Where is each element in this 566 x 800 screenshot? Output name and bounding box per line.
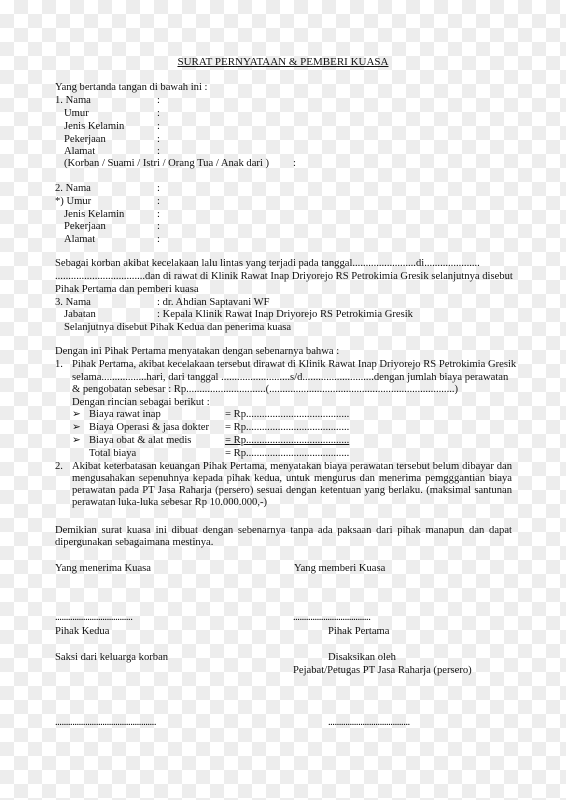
field-colon: : <box>157 196 160 208</box>
details-intro: Dengan rincian sebagai berikut : <box>72 397 210 409</box>
closing-paragraph: Demikian surat kuasa ini dibuat dengan s… <box>55 525 512 549</box>
arrow-bullet-icon: ➢ <box>72 409 81 421</box>
field-label: 3. Nama <box>55 297 91 309</box>
field-colon: : <box>157 95 160 107</box>
cost-label: Biaya rawat inap <box>89 409 161 421</box>
victim-line-1: Sebagai korban akibat kecelakaan lalu li… <box>55 258 480 270</box>
field-colon: : <box>293 158 296 170</box>
cost-label: Biaya Operasi & jasa dokter <box>89 422 209 434</box>
field-colon: : <box>157 183 160 195</box>
field-colon: : <box>157 209 160 221</box>
field-colon: : <box>157 134 160 146</box>
field-label: Alamat <box>64 146 95 158</box>
signature-line-left: .................................... <box>55 612 132 624</box>
cost-value: = Rp....................................… <box>225 409 349 421</box>
point-number: 2. <box>55 461 63 473</box>
second-party-name: Pihak Kedua <box>55 626 109 638</box>
total-value: = Rp....................................… <box>225 448 349 460</box>
field-label: Jabatan <box>64 309 96 321</box>
victim-line-3: Pihak Pertama dan pemberi kuasa <box>55 284 199 296</box>
grantor-heading: Yang memberi Kuasa <box>294 563 385 575</box>
field-label: Pekerjaan <box>64 221 106 233</box>
point1-line-3: & pengobatan sebesar : Rp...............… <box>72 384 458 396</box>
first-party-name: Pihak Pertama <box>328 626 390 638</box>
total-label: Total biaya <box>89 448 136 460</box>
point1-line-1: Pihak Pertama, akibat kecelakaan tersebu… <box>72 359 516 371</box>
victim-line-2: ..................................dan di… <box>55 271 513 283</box>
document-title: SURAT PERNYATAAN & PEMBERI KUASA <box>0 56 566 68</box>
point2-text: Akibat keterbatasan keuangan Pihak Perta… <box>72 461 512 509</box>
field-label: Umur <box>64 108 89 120</box>
signature-line-right: .................................... <box>293 612 370 624</box>
intro-text: Yang bertanda tangan di bawah ini : <box>55 82 208 94</box>
field-value: : dr. Ahdian Saptavani WF <box>157 297 270 309</box>
field-label: 1. Nama <box>55 95 91 107</box>
field-colon: : <box>157 121 160 133</box>
field-label: Jenis Kelamin <box>64 209 124 221</box>
witness-line-left: ........................................… <box>55 717 156 729</box>
cost-label: Biaya obat & alat medis <box>89 435 191 447</box>
field-colon: : <box>157 221 160 233</box>
cost-value: = Rp....................................… <box>225 435 349 447</box>
statement-intro: Dengan ini Pihak Pertama menyatakan deng… <box>55 346 339 358</box>
arrow-bullet-icon: ➢ <box>72 422 81 434</box>
field-label: 2. Nama <box>55 183 91 195</box>
field-value: : Kepala Klinik Rawat Inap Driyorejo RS … <box>157 309 413 321</box>
arrow-bullet-icon: ➢ <box>72 435 81 447</box>
witness-right-label: Disaksikan oleh <box>328 652 396 664</box>
point-number: 1. <box>55 359 63 371</box>
field-colon: : <box>157 108 160 120</box>
witness-line-right: ...................................... <box>328 717 410 729</box>
field-label: Jenis Kelamin <box>64 121 124 133</box>
cost-value: = Rp....................................… <box>225 422 349 434</box>
witness-right-title: Pejabat/Petugas PT Jasa Raharja (persero… <box>293 665 472 677</box>
person3-note: Selanjutnya disebut Pihak Kedua dan pene… <box>64 322 291 334</box>
witness-left-label: Saksi dari keluarga korban <box>55 652 168 664</box>
field-colon: : <box>157 146 160 158</box>
field-label: *) Umur <box>55 196 91 208</box>
field-label: Alamat <box>64 234 95 246</box>
field-colon: : <box>157 234 160 246</box>
point1-line-2: selama.................hari, dari tangga… <box>72 372 508 384</box>
recipient-heading: Yang menerima Kuasa <box>55 563 151 575</box>
relation-label: (Korban / Suami / Istri / Orang Tua / An… <box>64 158 269 170</box>
field-label: Pekerjaan <box>64 134 106 146</box>
